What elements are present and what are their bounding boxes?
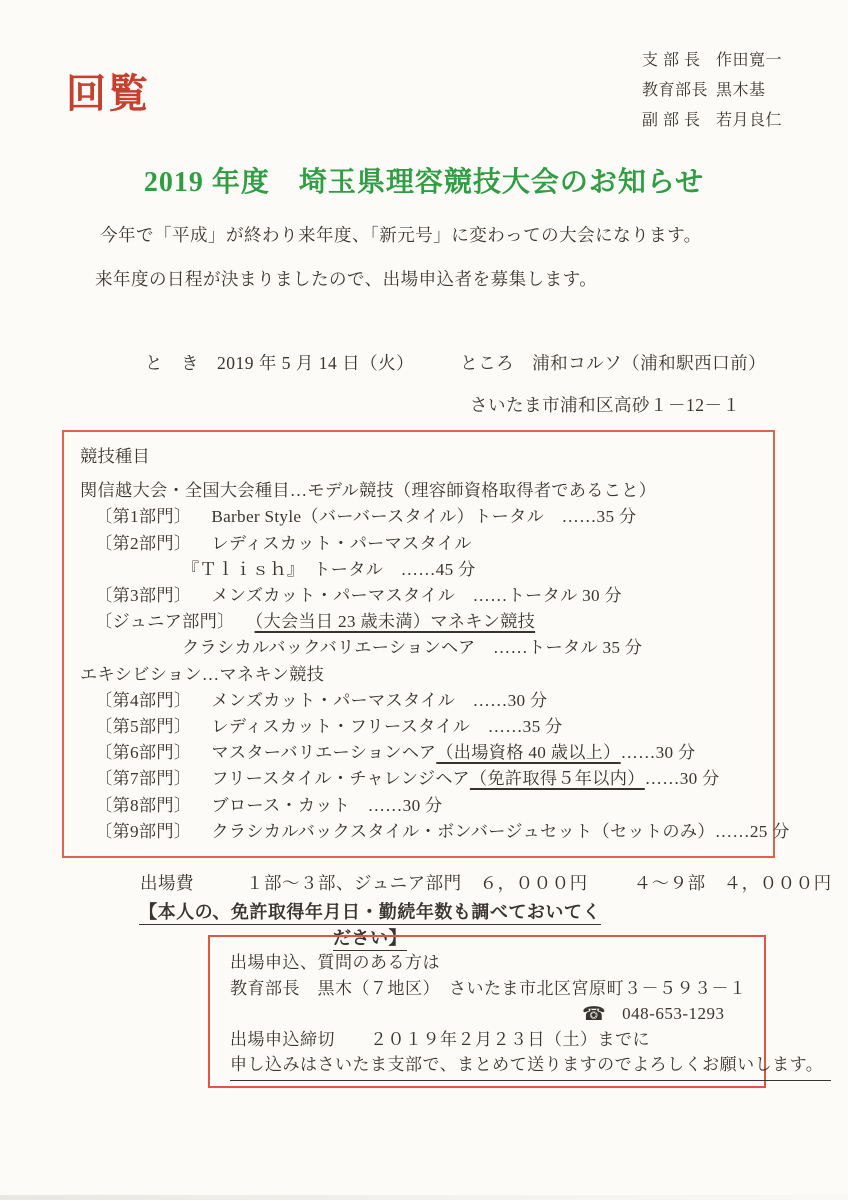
contact-phone-line: ☎ 048-653-1293	[230, 1001, 744, 1027]
officer-title: 支 部 長	[642, 46, 716, 76]
event-text: ……30 分	[621, 743, 696, 762]
event-row-junior-cont: クラシカルバックバリエーションヘア ……トータル 35 分	[80, 635, 757, 661]
place-value: 浦和コルソ（浦和駅西口前）	[532, 353, 766, 373]
event-text: マスターバリエーションヘア	[211, 743, 436, 762]
scan-edge-artifact	[0, 1195, 848, 1200]
event-label: 〔第7部門〕	[95, 769, 191, 788]
event-text: クラシカルバックバリエーションヘア ……トータル 35 分	[182, 638, 642, 657]
event-row-dept7: 〔第7部門〕フリースタイル・チャレンジヘア（免許取得５年以内）……30 分	[80, 766, 757, 792]
officer-title: 教育部長	[642, 76, 716, 106]
events-group1-title: 関信越大会・全国大会種目…モデル競技（理容師資格取得者であること）	[80, 478, 757, 504]
fee-label: 出場費	[140, 873, 194, 893]
event-row-dept1: 〔第1部門〕Barber Style（バーバースタイル）トータル ……35 分	[80, 504, 757, 530]
event-text: ブロース・カット ……30 分	[211, 796, 442, 815]
event-label: 〔第8部門〕	[95, 796, 191, 815]
event-text: レディスカット・パーマスタイル	[211, 534, 471, 553]
officer-row: 支 部 長 作田寛一	[642, 46, 782, 76]
event-label: 〔第6部門〕	[95, 743, 191, 762]
fee-part1: １部～３部、ジュニア部門 ６，０００円	[246, 873, 588, 893]
scanned-notice-page: 回覧 支 部 長 作田寛一 教育部長 黒木基 副 部 長 若月良仁 2019 年…	[0, 0, 848, 1200]
event-row-dept3: 〔第3部門〕メンズカット・パーマスタイル ……トータル 30 分	[80, 583, 757, 609]
event-row-junior: 〔ジュニア部門〕（大会当日 23 歳未満）マネキン競技	[80, 609, 757, 635]
event-label: 〔第9部門〕	[95, 822, 191, 841]
event-text: メンズカット・パーマスタイル ……30 分	[211, 691, 547, 710]
events-box: 競技種目 関信越大会・全国大会種目…モデル競技（理容師資格取得者であること） 〔…	[62, 430, 775, 858]
event-text-underlined: （免許取得５年以内）	[470, 769, 645, 788]
event-text: フリースタイル・チャレンジヘア	[211, 769, 470, 788]
application-deadline: 出場申込締切 ２０１９年２月２３日（土）までに	[230, 1027, 744, 1053]
event-text: Barber Style（バーバースタイル）トータル ……35 分	[211, 507, 636, 526]
officer-title: 副 部 長	[642, 106, 716, 136]
event-text: 『Ｔｌｉｓｈ』 トータル ……45 分	[182, 560, 476, 579]
circulation-stamp: 回覧	[66, 62, 150, 119]
event-row-dept5: 〔第5部門〕レディスカット・フリースタイル ……35 分	[80, 714, 757, 740]
date-place-line: と き2019 年 5 月 14 日（火）ところ浦和コルソ（浦和駅西口前）	[145, 350, 766, 375]
contact-note-text: 申し込みはさいたま支部で、まとめて送りますのでよろしくお願いします。	[230, 1052, 831, 1081]
event-text-underlined: （大会当日 23 歳未満）マネキン競技	[255, 612, 536, 631]
officer-name: 若月良仁	[716, 106, 782, 136]
event-row-dept8: 〔第8部門〕ブロース・カット ……30 分	[80, 793, 757, 819]
contact-box: 出場申込、質問のある方は 教育部長 黒木（７地区） さいたま市北区宮原町３－５９…	[208, 935, 766, 1088]
telephone-icon: ☎	[582, 1005, 606, 1024]
event-label: 〔第5部門〕	[95, 717, 191, 736]
event-text-underlined: （出場資格 40 歳以上）	[436, 743, 620, 762]
event-row-dept6: 〔第6部門〕マスターバリエーションヘア（出場資格 40 歳以上）……30 分	[80, 740, 757, 766]
events-group2-title: エキシビション…マネキン競技	[80, 662, 757, 688]
event-text: クラシカルバックスタイル・ボンバージュセット（セットのみ）……25 分	[211, 822, 789, 841]
place-label: ところ	[460, 353, 514, 373]
event-row-dept2-cont: 『Ｔｌｉｓｈ』 トータル ……45 分	[80, 557, 757, 583]
event-text: ……30 分	[645, 769, 720, 788]
date-label: と き	[145, 353, 199, 373]
officer-name: 作田寛一	[716, 46, 782, 76]
contact-intro: 出場申込、質問のある方は	[230, 950, 744, 976]
entry-fee-line: 出場費１部～３部、ジュニア部門 ６，０００円４～９部 ４，０００円	[140, 870, 832, 895]
event-label: 〔第1部門〕	[95, 507, 191, 526]
officers-block: 支 部 長 作田寛一 教育部長 黒木基 副 部 長 若月良仁	[642, 46, 782, 136]
fee-part2: ４～９部 ４，０００円	[634, 873, 832, 893]
event-label: 〔第4部門〕	[95, 691, 191, 710]
officer-row: 副 部 長 若月良仁	[642, 106, 782, 136]
event-label: 〔第3部門〕	[95, 586, 191, 605]
event-text: レディスカット・フリースタイル ……35 分	[211, 717, 562, 736]
event-label: 〔ジュニア部門〕	[95, 612, 235, 631]
phone-number: 048-653-1293	[622, 1001, 724, 1027]
intro-paragraph-2: 来年度の日程が決まりましたので、出場申込者を募集します。	[95, 266, 597, 291]
event-row-dept9: 〔第9部門〕クラシカルバックスタイル・ボンバージュセット（セットのみ）……25 …	[80, 819, 757, 845]
page-title: 2019 年度 埼玉県理容競技大会のお知らせ	[0, 160, 848, 200]
intro-paragraph-1: 今年で「平成」が終わり来年度、「新元号」に変わっての大会になります。	[100, 222, 702, 247]
events-heading: 競技種目	[80, 444, 757, 470]
contact-note: 申し込みはさいたま支部で、まとめて送りますのでよろしくお願いします。	[230, 1052, 744, 1081]
event-label: 〔第2部門〕	[95, 534, 191, 553]
event-row-dept2: 〔第2部門〕レディスカット・パーマスタイル	[80, 531, 757, 557]
venue-address: さいたま市浦和区高砂１－12－１	[470, 392, 741, 417]
event-row-dept4: 〔第4部門〕メンズカット・パーマスタイル ……30 分	[80, 688, 757, 714]
date-value: 2019 年 5 月 14 日（火）	[217, 353, 414, 373]
event-text: メンズカット・パーマスタイル ……トータル 30 分	[211, 586, 622, 605]
contact-person-address: 教育部長 黒木（７地区） さいたま市北区宮原町３－５９３－１	[230, 976, 744, 1002]
officer-name: 黒木基	[716, 76, 766, 106]
officer-row: 教育部長 黒木基	[642, 76, 782, 106]
